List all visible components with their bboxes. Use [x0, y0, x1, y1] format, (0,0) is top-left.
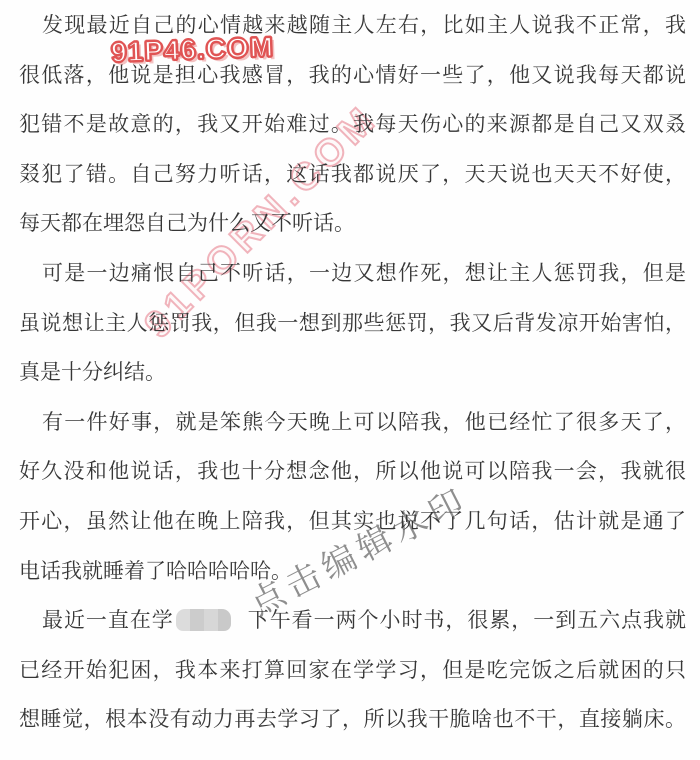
text-after-censor: 下午看一两个小时书，很累，一到五六点我就 [247, 609, 686, 632]
text-line-6: 可是一边痛恨自己不听话，一边又想作死，想让主人惩罚我，但是 [19, 249, 686, 299]
mosaic-censor-block [176, 609, 231, 631]
text-line-5: 每天都在埋怨自己为什么又不听话。 [19, 199, 686, 249]
text-line-10: 好久没和他说话，我也十分想念他，所以他说可以陪我一会，我就很 [19, 447, 686, 497]
text-line-3: 犯错不是故意的，我又开始难过。我每天伤心的来源都是自己又双叒 [19, 100, 686, 150]
text-line-15: 想睡觉，根本没有动力再去学习了，所以我干脆啥也不干，直接躺床。 [19, 695, 686, 745]
text-line-4: 叕犯了错。自己努力听话，这话我都说厌了，天天说也天天不好使， [19, 150, 686, 200]
diary-text: 发现最近自己的心情越来越随主人左右，比如主人说我不正常，我 很低落，他说是担心我… [19, 0, 686, 745]
text-line-9: 有一件好事，就是笨熊今天晚上可以陪我，他已经忙了很多天了， [19, 398, 686, 448]
site-url-watermark: 91P46.COM [110, 31, 274, 69]
text-line-8: 真是十分纠结。 [19, 348, 686, 398]
document-page: 91PORN.COM 点击编辑水印 发现最近自己的心情越来越随主人左右，比如主人… [0, 0, 700, 760]
text-line-11: 开心，虽然让他在晚上陪我，但其实也说不了几句话，估计就是通了 [19, 497, 686, 547]
text-before-censor: 最近一直在学 [42, 609, 174, 632]
text-line-12: 电话我就睡着了哈哈哈哈哈。 [19, 547, 686, 597]
text-line-14: 已经开始犯困，我本来打算回家在学学习，但是吃完饭之后就困的只 [19, 646, 686, 696]
text-line-7: 虽说想让主人惩罚我，但我一想到那些惩罚，我又后背发凉开始害怕， [19, 299, 686, 349]
text-line-13-censored: 最近一直在学下午看一两个小时书，很累，一到五六点我就 [19, 596, 686, 646]
